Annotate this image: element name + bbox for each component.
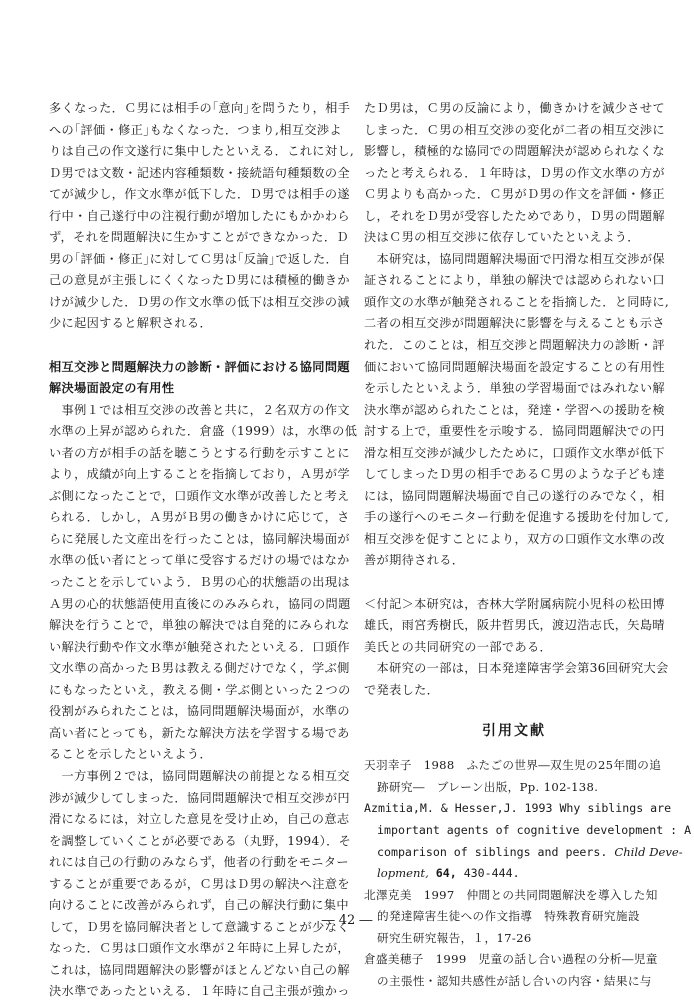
spacer [364,747,664,755]
journal-pages: 430-444. [464,866,520,880]
text-line: 本研究は，協同問題解決場面で円滑な相互交渉が保 [364,249,664,271]
text-line: Ｄ男では文数・記述内容種類数・接続語句種類数の全 [49,163,349,185]
reference-line: lopment, 64, 430-444. [364,863,664,885]
text-line: 善が期待される． [364,550,664,572]
text-line: にもなったといえ，教える側・学ぶ側といった２つの [49,680,349,702]
text-line: 決はＣ男の相互交渉に依存していたといえよう． [364,227,664,249]
journal-volume: 64, [436,866,457,880]
text-line: 一方事例２では，協同問題解決の前提となる相互交 [49,766,349,788]
reference-line: 研究生研究報告，１，17-26 [364,928,664,950]
paragraph-case-1-discussion: 事例１では相互交渉の改善と共に，２名双方の作文 水準の上昇が認められた．倉盛（1… [49,400,349,766]
text-line: 解決を行うことで，単独の解決では自発的にみられな [49,615,349,637]
text-line: これは，協同問題解決の影響がほとんどない自己の解 [49,960,349,982]
paragraph-case-2-continued: たＤ男は，Ｃ男の反論により，働きかけを減少させて しまった．Ｃ男の相互交渉の変化… [364,98,664,249]
reference-entry: 天羽幸子 1988 ふたごの世界―双生児の25年間の追 跡研究― ブレーン出版，… [364,755,664,798]
text-line: 雄氏，雨宮秀樹氏，阪井哲男氏，渡辺浩志氏，矢島晴 [364,615,664,637]
text-line: より，成績が向上することを指摘しており，Ａ男が学 [49,464,349,486]
text-line: 少に起因すると解釈される． [49,313,349,335]
reference-entry: Azmitia,M. & Hesser,J. 1993 Why siblings… [364,798,664,884]
text-line: 水準の上昇が認められた．倉盛（1999）は，水準の低 [49,421,349,443]
spacer [364,572,664,594]
text-line: 渉が減少してしまった．協同問題解決で相互交渉が円 [49,788,349,810]
text-line: 事例１では相互交渉の改善と共に，２名双方の作文 [49,400,349,422]
text-line: 文水準の高かったＢ男は教える側だけでなく，学ぶ側 [49,658,349,680]
text-line: ることを示したといえよう． [49,744,349,766]
paragraph-case-2-discussion: 一方事例２では，協同問題解決の前提となる相互交 渉が減少してしまった．協同問題解… [49,766,349,1000]
reference-line: 倉盛美穂子 1999 児童の話し合い過程の分析―児童 [364,949,664,971]
text-line: い解決行動や作文水準が触発されたといえる．口頭作 [49,637,349,659]
text-line: ったと考えられる．１年時は，Ｄ男の作文水準の方が [364,163,664,185]
text-line: 役割がみられたことは，協同問題解決場面が，水準の [49,701,349,723]
text-line: ったことを示していよう．Ｂ男の心的状態語の出現は [49,572,349,594]
text-line: けが減少した．Ｄ男の作文水準の低下は相互交渉の減 [49,292,349,314]
text-line: への｢評価・修正｣もなくなった．つまり,相互交渉よ [49,120,349,142]
reference-entry: 倉盛美穂子 1999 児童の話し合い過程の分析―児童 の主張性・認知共感性が話し… [364,949,664,992]
reference-line: Azmitia,M. & Hesser,J. 1993 Why siblings… [364,798,664,820]
reference-line: comparison of siblings and peers. Child … [364,842,664,864]
text-line: 決水準が認められたことは，発達・学習への援助を検 [364,400,664,422]
text-line: することが重要であるが，Ｃ男はＤ男の解決へ注意を [49,874,349,896]
text-line: りは自己の作文遂行に集中したといえる．これに対し, [49,141,349,163]
text-line: には，協同問題解決場面で自己の遂行のみでなく，相 [364,486,664,508]
text-line: 己の意見が主張しにくくなったＤ男には積極的働きか [49,270,349,292]
reference-text: comparison of siblings and peers. [377,845,607,859]
text-line: られる．しかし，Ａ男がＢ男の働きかけに応じて，さ [49,507,349,529]
text-line: を示したといえよう．単独の学習場面ではみれない解 [364,378,664,400]
spacer [49,335,349,357]
text-line: 証されることにより，単独の解決では認められない口 [364,270,664,292]
paragraph-conclusion: 本研究は，協同問題解決場面で円滑な相互交渉が保 証されることにより，単独の解決で… [364,249,664,572]
right-column: たＤ男は，Ｃ男の反論により，働きかけを減少させて しまった．Ｃ男の相互交渉の変化… [364,98,664,992]
text-line: らに発展した文産出を行ったことは，協同解決場面が [49,529,349,551]
left-column: 多くなった．Ｃ男には相手の｢意向｣を問うたり，相手 への｢評価・修正｣もなくなっ… [49,98,349,1000]
text-line: なった．Ｃ男は口頭作文水準が２年時に上昇したが， [49,938,349,960]
text-line: たＤ男は，Ｃ男の反論により，働きかけを減少させて [364,98,664,120]
text-line: し，それをＤ男が受容したためであり，Ｄ男の問題解 [364,206,664,228]
text-line: ず，それを問題解決に生かすことができなかった．Ｄ [49,227,349,249]
text-line: れた．このことは，相互交渉と問題解決力の診断・評 [364,335,664,357]
text-line: を調整していくことが必要である（丸野，1994）．そ [49,831,349,853]
text-line: 討する上で，重要性を示唆する．協同問題解決での円 [364,421,664,443]
text-line: Ａ男の心的状態語使用直後にのみみられ，協同の問題 [49,594,349,616]
text-line: 高い者にとっても，新たな解決方法を学習する場であ [49,723,349,745]
references-heading: 引用文献 [364,715,664,747]
journal-title: Child Deve- [614,845,682,859]
text-line: 頭作文の水準が触発されることを指摘した．と同時に, [364,292,664,314]
page-number: ― 42 ― [0,913,694,928]
reference-line: 天羽幸子 1988 ふたごの世界―双生児の25年間の追 [364,755,664,777]
text-line: てが減少し，作文水準が低下した．Ｄ男では相手の遂 [49,184,349,206]
text-line: 滑な相互交渉が減少したために，口頭作文水準が低下 [364,443,664,465]
reference-line: important agents of cognitive developmen… [364,820,664,842]
text-line: 滑になるには，対立した意見を受け止め，自己の意志 [49,809,349,831]
text-line: 美氏との共同研究の一部である． [364,637,664,659]
text-line: い者の方が相手の話を聴こうとする行動を示すことに [49,443,349,465]
text-line: 水準の低い者にとって単に受容するだけの場ではなか [49,550,349,572]
section-heading-line: 解決場面設定の有用性 [49,378,349,400]
text-line: 相互交渉を促すことにより，双方の口頭作文水準の改 [364,529,664,551]
acknowledgement-note: ＜付記＞本研究は，杏林大学附属病院小児科の松田博 雄氏，雨宮秀樹氏，阪井哲男氏，… [364,594,664,702]
text-line: 二者の相互交渉が問題解決に影響を与えることも示さ [364,313,664,335]
text-line: 手の遂行へのモニター行動を促進する援助を付加して, [364,507,664,529]
references-list: 天羽幸子 1988 ふたごの世界―双生児の25年間の追 跡研究― ブレーン出版，… [364,755,664,992]
reference-line: の主張性・認知共感性が話し合いの内容・結果に与 [364,971,664,993]
text-line: 多くなった．Ｃ男には相手の｢意向｣を問うたり，相手 [49,98,349,120]
reference-line: 跡研究― ブレーン出版，Pp. 102-138. [364,777,664,799]
section-heading-line: 相互交渉と問題解決力の診断・評価における協同問題 [49,357,349,379]
text-line: れには自己の行動のみならず，他者の行動をモニター [49,852,349,874]
spacer [364,701,664,715]
reference-line: 北澤克美 1997 仲間との共同問題解決を導入した知 [364,885,664,907]
text-line: ＜付記＞本研究は，杏林大学附属病院小児科の松田博 [364,594,664,616]
text-line: 男の｢評価・修正｣に対してＣ男は｢反論｣で返した．自 [49,249,349,271]
paragraph-case-d-result: 多くなった．Ｃ男には相手の｢意向｣を問うたり，相手 への｢評価・修正｣もなくなっ… [49,98,349,335]
text-line: 本研究の一部は，日本発達障害学会第36回研究大会 [364,658,664,680]
text-line: しまった．Ｃ男の相互交渉の変化が二者の相互交渉に [364,120,664,142]
section-heading: 相互交渉と問題解決力の診断・評価における協同問題 解決場面設定の有用性 [49,357,349,400]
text-line: 影響し，積極的な協同での問題解決が認められなくな [364,141,664,163]
text-line: 決水準であったといえる．１年時に自己主張が強かっ [49,981,349,1000]
text-line: 価において協同問題解決場面を設定することの有用性 [364,357,664,379]
journal-title: lopment, [377,866,429,880]
text-line: 行中・自己遂行中の注視行動が増加したにもかかわら [49,206,349,228]
text-line: ぶ側になったことで，口頭作文水準が改善したと考え [49,486,349,508]
text-line: で発表した． [364,680,664,702]
text-line: してしまったＤ男の相手であるＣ男のような子ども達 [364,464,664,486]
text-line: Ｃ男よりも高かった．Ｃ男がＤ男の作文を評価・修正 [364,184,664,206]
